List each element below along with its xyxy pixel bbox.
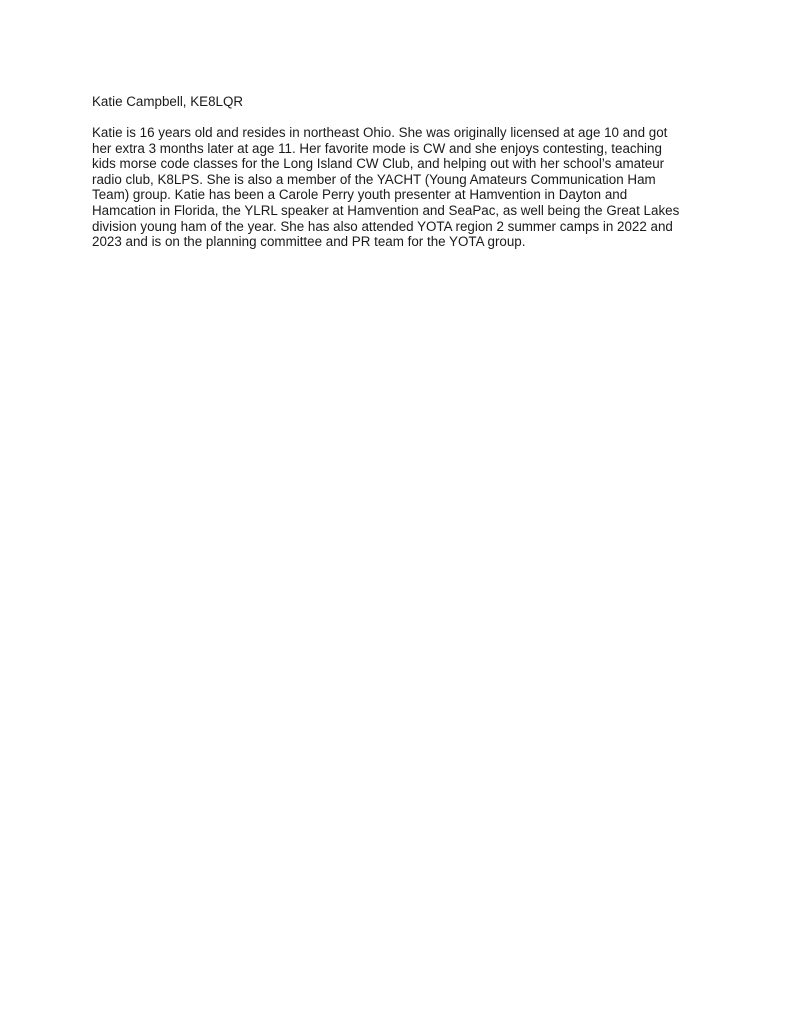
- paragraph-line: 2023 and is on the planning committee an…: [92, 234, 732, 250]
- paragraph-line: Hamcation in Florida, the YLRL speaker a…: [92, 203, 732, 219]
- bio-paragraph: Katie is 16 years old and resides in nor…: [92, 125, 732, 250]
- document-page: Katie Campbell, KE8LQR Katie is 16 years…: [92, 94, 732, 250]
- paragraph-line: kids morse code classes for the Long Isl…: [92, 156, 732, 172]
- paragraph-line: her extra 3 months later at age 11. Her …: [92, 141, 732, 157]
- paragraph-line: Katie is 16 years old and resides in nor…: [92, 125, 732, 141]
- document-title: Katie Campbell, KE8LQR: [92, 94, 732, 110]
- paragraph-line: division young ham of the year. She has …: [92, 219, 732, 235]
- paragraph-line: radio club, K8LPS. She is also a member …: [92, 172, 732, 188]
- paragraph-line: Team) group. Katie has been a Carole Per…: [92, 187, 732, 203]
